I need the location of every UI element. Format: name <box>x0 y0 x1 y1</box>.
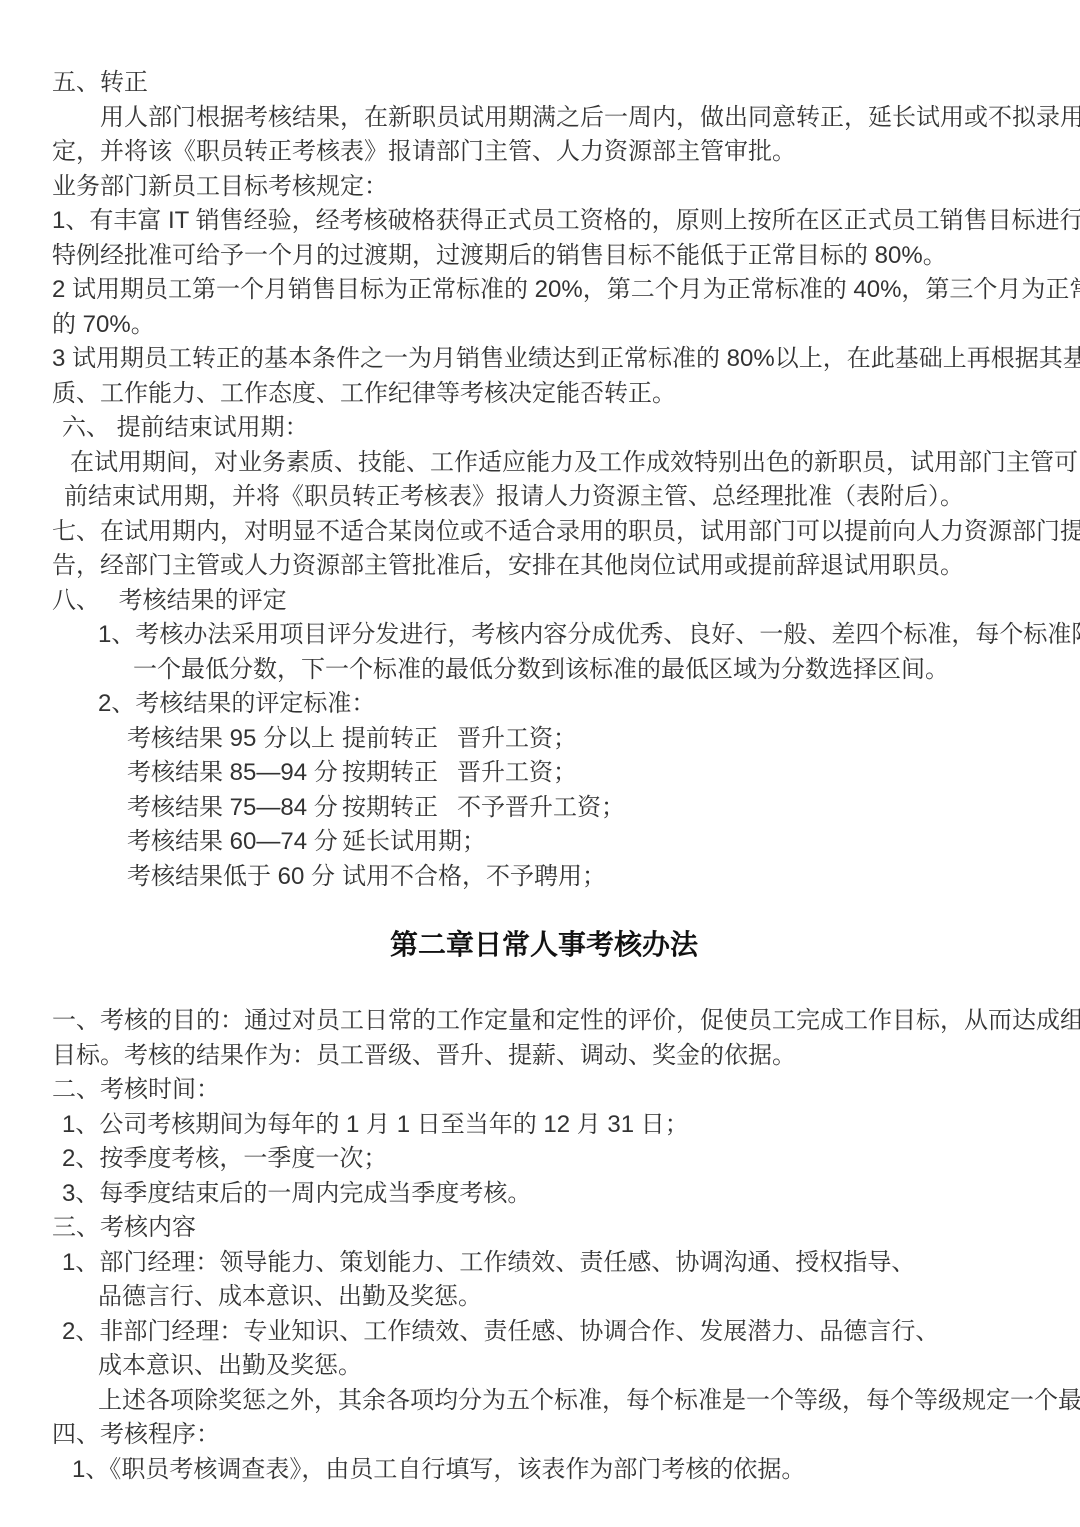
score-range: 考核结果 85—94 分 <box>127 756 342 791</box>
score-action: 按期转正 <box>342 791 457 826</box>
text-line: 业务部门新员工目标考核规定： <box>52 170 1036 205</box>
score-range: 考核结果 95 分以上 <box>127 722 342 757</box>
score-action: 延长试用期； <box>342 825 486 860</box>
text-line: 上述各项除奖惩之外，其余各项均分为五个标准，每个标准是一个等级，每个等级规定一个… <box>52 1384 1036 1419</box>
document-page: 五、转正 用人部门根据考核结果，在新职员试用期满之后一周内，做出同意转正，延长试… <box>0 0 1080 1527</box>
text-line: 1、公司考核期间为每年的 1 月 1 日至当年的 12 月 31 日； <box>52 1108 1036 1143</box>
text-line: 质、工作能力、工作态度、工作纪律等考核决定能否转正。 <box>52 377 1036 412</box>
score-salary <box>606 860 1036 895</box>
text-line: 用人部门根据考核结果，在新职员试用期满之后一周内，做出同意转正，延长试用或不拟录… <box>52 101 1036 136</box>
text-line: 告，经部门主管或人力资源部主管批准后，安排在其他岗位试用或提前辞退试用职员。 <box>52 549 1036 584</box>
section-title: 四、考核程序： <box>52 1418 1036 1453</box>
text-line: 2 试用期员工第一个月销售目标为正常标准的 20%，第二个月为正常标准的 40%… <box>52 273 1036 308</box>
score-range: 考核结果低于 60 分 <box>127 860 342 895</box>
score-row: 考核结果 95 分以上 提前转正 晋升工资； <box>52 722 1036 757</box>
section-title: 五、转正 <box>52 66 1036 101</box>
text-line: 3、每季度结束后的一周内完成当季度考核。 <box>52 1177 1036 1212</box>
score-salary <box>486 825 1036 860</box>
text-line: 在试用期间，对业务素质、技能、工作适应能力及工作成效特别出色的新职员，试用部门主… <box>52 446 1036 481</box>
score-range: 考核结果 75—84 分 <box>127 791 342 826</box>
text-line: 1、《职员考核调查表》，由员工自行填写，该表作为部门考核的依据。 <box>52 1453 1036 1488</box>
section-title: 三、考核内容 <box>52 1211 1036 1246</box>
score-salary: 晋升工资； <box>457 756 1036 791</box>
score-action: 提前转正 <box>342 722 457 757</box>
text-line: 1、部门经理：领导能力、策划能力、工作绩效、责任感、协调沟通、授权指导、 <box>52 1246 1036 1281</box>
score-row: 考核结果 85—94 分 按期转正 晋升工资； <box>52 756 1036 791</box>
text-line: 的 70%。 <box>52 308 1036 343</box>
score-salary: 晋升工资； <box>457 722 1036 757</box>
text-line: 1、有丰富 IT 销售经验，经考核破格获得正式员工资格的，原则上按所在区正式员工… <box>52 204 1036 239</box>
section-title: 六、 提前结束试用期： <box>52 411 1036 446</box>
text-line: 2、非部门经理：专业知识、工作绩效、责任感、协调合作、发展潜力、品德言行、 <box>52 1315 1036 1350</box>
text-line: 品德言行、成本意识、出勤及奖惩。 <box>52 1280 1036 1315</box>
text-line: 特例经批准可给予一个月的过渡期，过渡期后的销售目标不能低于正常目标的 80%。 <box>52 239 1036 274</box>
chapter-heading: 第二章日常人事考核办法 <box>52 924 1036 968</box>
section-title: 二、考核时间： <box>52 1073 1036 1108</box>
text-line: 2、考核结果的评定标准： <box>52 687 1036 722</box>
score-row: 考核结果 60—74 分 延长试用期； <box>52 825 1036 860</box>
text-line: 前结束试用期，并将《职员转正考核表》报请人力资源主管、总经理批准（表附后）。 <box>52 480 1036 515</box>
text-line: 一个最低分数，下一个标准的最低分数到该标准的最低区域为分数选择区间。 <box>52 653 1036 688</box>
text-line: 定，并将该《职员转正考核表》报请部门主管、人力资源部主管审批。 <box>52 135 1036 170</box>
score-action: 按期转正 <box>342 756 457 791</box>
score-salary: 不予晋升工资； <box>457 791 1036 826</box>
score-row: 考核结果 75—84 分 按期转正 不予晋升工资； <box>52 791 1036 826</box>
score-action: 试用不合格，不予聘用； <box>342 860 606 895</box>
score-range: 考核结果 60—74 分 <box>127 825 342 860</box>
text-line: 七、在试用期内，对明显不适合某岗位或不适合录用的职员，试用部门可以提前向人力资源… <box>52 515 1036 550</box>
text-line: 成本意识、出勤及奖惩。 <box>52 1349 1036 1384</box>
text-line: 一、考核的目的：通过对员工日常的工作定量和定性的评价，促使员工完成工作目标，从而… <box>52 1004 1036 1039</box>
section-title: 八、 考核结果的评定 <box>52 584 1036 619</box>
text-line: 1、考核办法采用项目评分发进行，考核内容分成优秀、良好、一般、差四个标准，每个标… <box>52 618 1036 653</box>
text-line: 3 试用期员工转正的基本条件之一为月销售业绩达到正常标准的 80%以上，在此基础… <box>52 342 1036 377</box>
text-line: 目标。考核的结果作为：员工晋级、晋升、提薪、调动、奖金的依据。 <box>52 1039 1036 1074</box>
score-row: 考核结果低于 60 分 试用不合格，不予聘用； <box>52 860 1036 895</box>
text-line: 2、按季度考核，一季度一次； <box>52 1142 1036 1177</box>
